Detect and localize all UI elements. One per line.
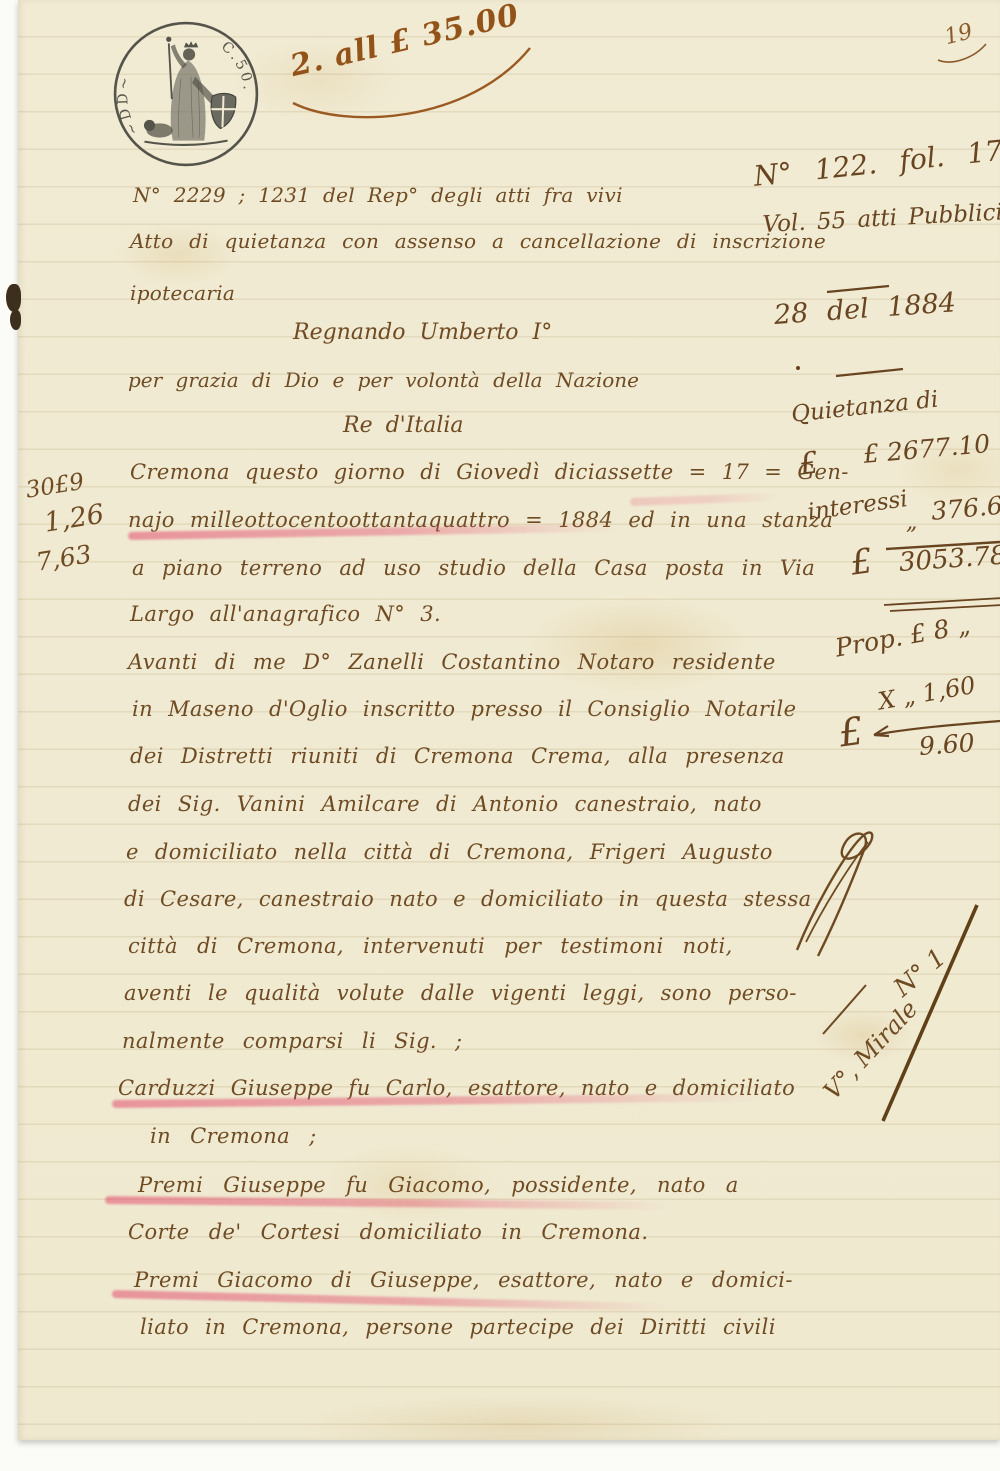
invocation-line2: per grazia di Dio e per volontà della Na…	[128, 368, 639, 392]
body-line: dei Distretti riuniti di Cremona Crema, …	[130, 744, 785, 768]
doc-title-line: Atto di quietanza con assenso a cancella…	[130, 229, 826, 253]
body-line: in Maseno d'Oglio inscritto presso il Co…	[132, 697, 796, 721]
invocation-line3: Re d'Italia	[343, 413, 464, 438]
body-line: nalmente comparsi li Sig. ;	[122, 1029, 463, 1053]
invocation-line1: Regnando Umberto I°	[293, 320, 552, 345]
body-line: Largo all'anagrafico N° 3.	[130, 602, 441, 626]
body-line: dei Sig. Vanini Amilcare di Antonio cane…	[128, 792, 762, 816]
body-line: città di Cremona, intervenuti per testim…	[128, 934, 733, 958]
edge-ink-blob	[6, 284, 21, 312]
document-scan: ~DD~ C.50. 2. all £ 35.00 19 N° 2229 ; 1…	[0, 0, 1000, 1471]
doc-title-line2: ipotecaria	[130, 281, 235, 305]
body-line: Premi Giuseppe fu Giacomo, possidente, n…	[138, 1173, 739, 1197]
body-line: Premi Giacomo di Giuseppe, esattore, nat…	[134, 1268, 793, 1292]
body-line: in Cremona ;	[150, 1124, 317, 1148]
body-line: Cremona questo giorno di Giovedì diciass…	[130, 460, 849, 484]
body-line: di Cesare, canestraio nato e domiciliato…	[124, 887, 812, 911]
body-line: liato in Cremona, persone partecipe dei …	[140, 1315, 776, 1339]
body-line: Avanti di me D° Zanelli Costantino Notar…	[128, 650, 776, 674]
doc-number-line: N° 2229 ; 1231 del Rep° degli atti fra v…	[133, 183, 623, 207]
ditto-mark: „	[906, 510, 917, 535]
fee-total: 9.60	[918, 728, 976, 761]
body-line: aventi le qualità volute dalle vigenti l…	[124, 981, 797, 1005]
body-line: Corte de' Cortesi domiciliato in Cremona…	[128, 1220, 648, 1244]
revenue-stamp: ~DD~ C.50.	[110, 18, 262, 170]
body-line: a piano terreno ad uso studio della Casa…	[132, 556, 815, 580]
stamp-arc-left-text: ~DD~	[115, 73, 142, 138]
edge-ink-blob	[10, 310, 21, 330]
body-line: e domiciliato nella città di Cremona, Fr…	[126, 840, 773, 864]
